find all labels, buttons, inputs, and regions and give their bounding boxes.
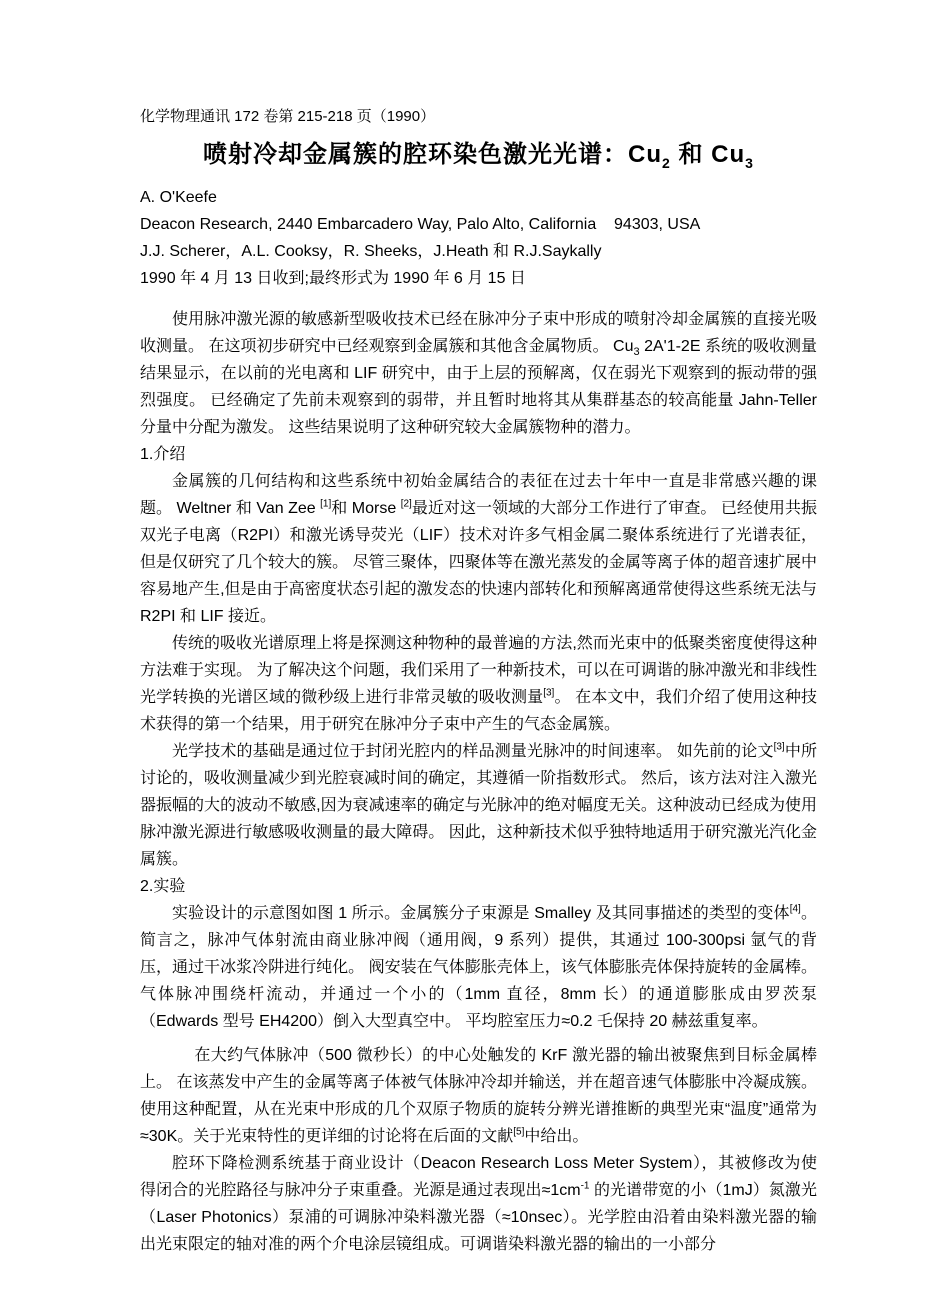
section-heading-introduction: 1.介绍	[140, 441, 817, 468]
superscript-reference: -1	[581, 1181, 590, 1192]
paper-title: 喷射冷却金属簇的腔环染色激光光谱：Cu2 和 Cu3	[140, 136, 817, 174]
document-page: 化学物理通讯 172 卷第 215-218 页（1990） 喷射冷却金属簇的腔环…	[0, 0, 925, 1309]
subscript-text: 3	[745, 155, 754, 171]
introduction-paragraph-2: 传统的吸收光谱原理上将是探测这种物种的最普遍的方法,然而光束中的低聚类密度使得这…	[140, 630, 817, 738]
subscript-text: 2	[662, 155, 671, 171]
subscript-text: 3	[634, 346, 640, 358]
superscript-reference: [4]	[790, 904, 801, 915]
introduction-paragraph-1: 金属簇的几何结构和这些系统中初始金属结合的表征在过去十年中一直是非常感兴趣的课题…	[140, 468, 817, 630]
author-name: A. O'Keefe	[140, 184, 817, 211]
introduction-paragraph-3: 光学技术的基础是通过位于封闭光腔内的样品测量光脉冲的时间速率。 如先前的论文[3…	[140, 738, 817, 873]
experiment-paragraph-2: 在大约气体脉冲（500 微秒长）的中心处触发的 KrF 激光器的输出被聚焦到目标…	[140, 1042, 817, 1150]
superscript-reference: [2]	[401, 499, 412, 510]
journal-citation-line: 化学物理通讯 172 卷第 215-218 页（1990）	[140, 106, 817, 128]
superscript-reference: [1]	[320, 499, 331, 510]
coauthor-names: J.J. Scherer，A.L. Cooksy，R. Sheeks，J.Hea…	[140, 238, 817, 265]
superscript-reference: [5]	[513, 1127, 524, 1138]
experiment-paragraph-3: 腔环下降检测系统基于商业设计（Deacon Research Loss Mete…	[140, 1150, 817, 1258]
experiment-paragraph-1: 实验设计的示意图如图 1 所示。金属簇分子束源是 Smalley 及其同事描述的…	[140, 900, 817, 1035]
superscript-reference: [3]	[543, 688, 554, 699]
page-content: 化学物理通讯 172 卷第 215-218 页（1990） 喷射冷却金属簇的腔环…	[140, 106, 817, 1258]
author-affiliation: Deacon Research, 2440 Embarcadero Way, P…	[140, 211, 817, 238]
section-heading-experiment: 2.实验	[140, 873, 817, 900]
superscript-reference: [3]	[774, 742, 785, 753]
abstract-paragraph: 使用脉冲激光源的敏感新型吸收技术已经在脉冲分子束中形成的喷射冷却金属簇的直接光吸…	[140, 306, 817, 441]
received-date-line: 1990 年 4 月 13 日收到;最终形式为 1990 年 6 月 15 日	[140, 265, 817, 292]
